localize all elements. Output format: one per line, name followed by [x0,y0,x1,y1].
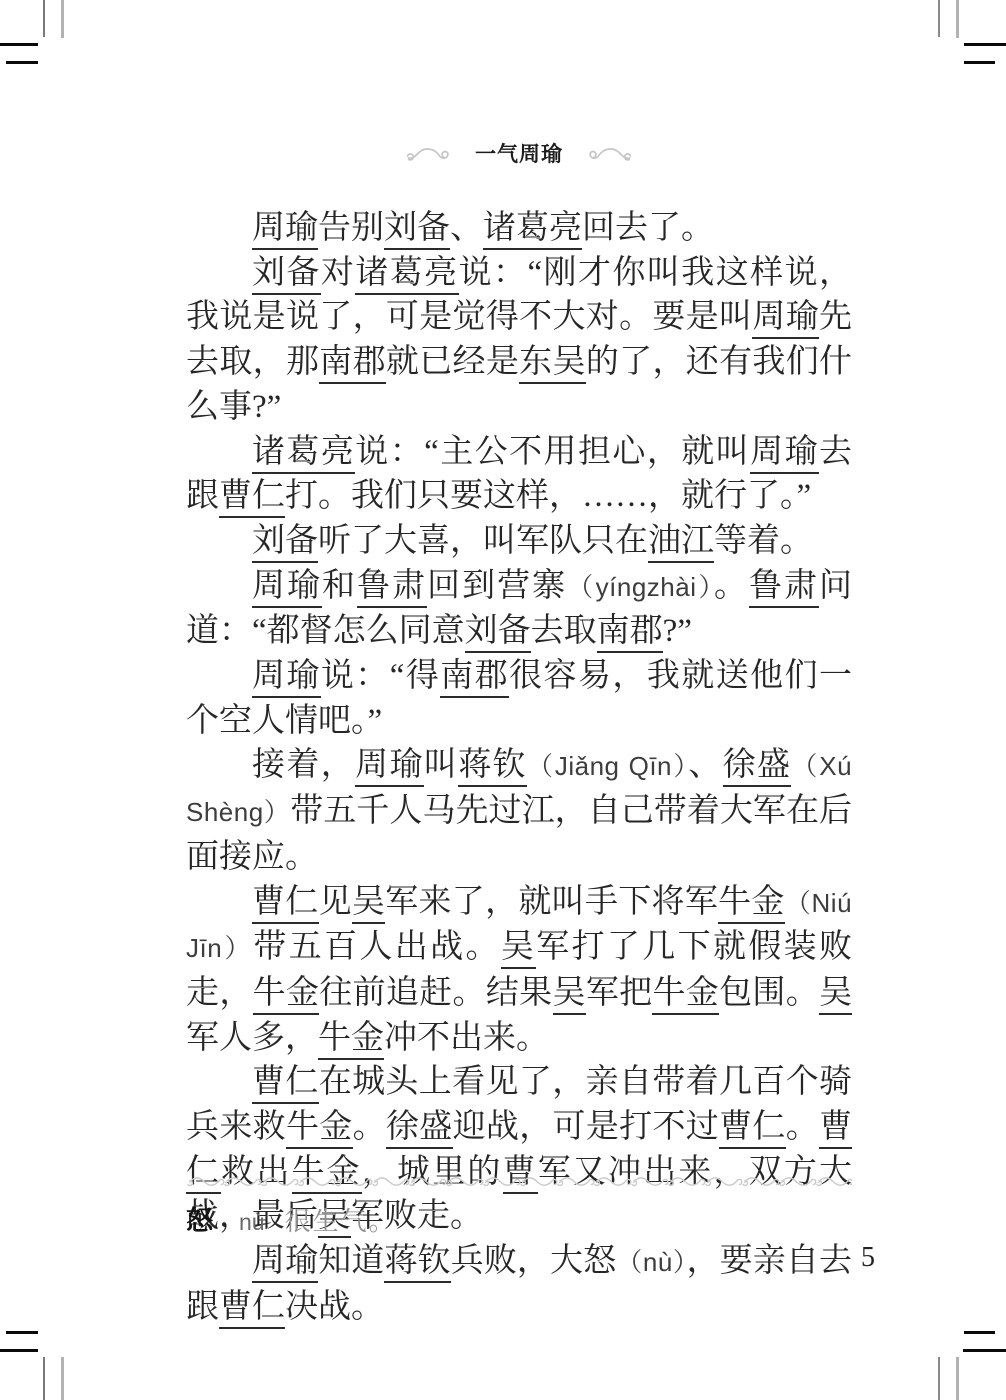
chapter-title: 一气周瑜 [475,138,563,168]
underlined-proper-noun: 周瑜 [752,299,819,339]
text-run: 往前追赶。结果 [319,975,552,1011]
underlined-proper-noun: 周瑜 [252,568,322,608]
paragraph: 周瑜知道蒋钦兵败，大怒（nù），要亲自去跟曹仁决战。 [186,1239,852,1329]
underlined-proper-noun: 曹仁 [219,1289,285,1329]
crop-mark [0,43,38,46]
underlined-proper-noun: 蒋钦 [384,1243,450,1283]
underlined-proper-noun: 曹仁 [252,1064,319,1104]
crop-mark [964,1331,995,1334]
underlined-proper-noun: 南郡 [319,344,386,384]
text-run: 知道 [318,1243,384,1279]
underlined-proper-noun: 油江 [648,523,714,563]
underlined-proper-noun: 牛金 [652,975,719,1015]
underlined-proper-noun: 吴 [501,929,536,969]
text-run: 和 [322,568,357,604]
text-run: 、 [688,747,722,783]
pinyin-annotation: （Jiǎng Qīn） [527,751,688,781]
crop-mark [43,0,45,37]
underlined-proper-noun: 诸葛亮 [355,255,458,295]
underlined-proper-noun: 牛金 [318,1020,384,1060]
paragraph: 诸葛亮说：“主公不用担心，就叫周瑜去跟曹仁打。我们只要这样，……，就行了。” [186,430,852,519]
underlined-proper-noun: 牛金 [253,975,320,1015]
underlined-proper-noun: 鲁肃 [357,568,427,608]
underlined-proper-noun: 诸葛亮 [252,434,355,474]
crop-mark [956,1357,959,1400]
text-run: 包围。 [719,975,819,1011]
glossary-term: 怒 [186,1199,213,1238]
crop-mark [964,43,1006,46]
underlined-proper-noun: 蒋钦 [458,747,527,787]
crop-mark [938,0,940,37]
text-run: 决战。 [285,1289,384,1325]
crop-mark [61,0,64,38]
text-run: ?” [663,613,692,649]
crop-mark [61,1357,64,1400]
paragraph: 刘备听了大喜，叫军队只在油江等着。 [186,519,852,564]
underlined-proper-noun: 东吴 [519,344,586,384]
text-run: 军来了，就叫手下将军 [385,884,718,920]
underlined-proper-noun: 周瑜 [750,434,819,474]
underlined-proper-noun: 刘备 [252,255,321,295]
crop-mark [956,0,959,38]
text-run: 带五百人出战。 [253,929,500,965]
underlined-proper-noun: 诸葛亮 [483,210,582,250]
text-run: 。 [714,568,749,604]
text-run: 回到营寨 [427,568,567,604]
text-run: 去取 [531,613,597,649]
paragraph: 周瑜告别刘备、诸葛亮回去了。 [186,206,852,251]
pinyin-annotation: （yíngzhài） [567,572,714,602]
underlined-proper-noun: 徐盛 [386,1109,453,1149]
crop-mark [6,1331,38,1334]
crop-mark [43,1357,45,1400]
underlined-proper-noun: 刘备 [252,523,318,563]
text-run: 告别 [318,210,384,246]
paragraph: 刘备对诸葛亮说：“刚才你叫我这样说，我说是说了，可是觉得不大对。要是叫周瑜先去取… [186,251,852,430]
body-text: 周瑜告别刘备、诸葛亮回去了。刘备对诸葛亮说：“刚才你叫我这样说，我说是说了，可是… [186,206,852,1330]
book-page: 一气周瑜 周瑜告别刘备、诸葛亮回去了。刘备对诸葛亮说：“刚才你叫我这样说，我说是… [0,0,1006,1400]
crop-mark [963,1349,1006,1352]
text-run: 等着。 [714,523,813,559]
glossary-note: 怒 nù 很生气。 [186,1199,397,1238]
text-run: 。 [353,1109,386,1145]
underlined-proper-noun: 曹仁 [252,884,319,924]
paragraph: 周瑜说：“得南郡很容易，我就送他们一个空人情吧。” [186,654,852,743]
swirl-flourish-icon [585,143,635,163]
scroll-chain-border-icon [186,1173,852,1191]
underlined-proper-noun: 南郡 [440,658,509,698]
text-run: 打。我们只要这样，……，就行了。” [285,478,811,514]
underlined-proper-noun: 徐盛 [723,747,792,787]
page-number: 5 [853,1242,883,1274]
underlined-proper-noun: 周瑜 [252,1243,318,1283]
crop-mark [0,1349,38,1352]
glossary-definition: 很生气。 [285,1201,397,1238]
underlined-proper-noun: 吴 [553,975,586,1015]
text-run: 听了大喜，叫军队只在 [318,523,648,559]
underlined-proper-noun: 周瑜 [355,747,424,787]
underlined-proper-noun: 牛金 [286,1109,353,1149]
crop-mark [6,61,38,64]
underlined-proper-noun: 吴 [819,975,852,1015]
text-run: 。 [786,1109,819,1145]
paragraph: 曹仁见吴军来了，就叫手下将军牛金（Niú Jīn）带五百人出战。吴军打了几下就假… [186,880,852,1061]
crop-mark [938,1357,940,1400]
text-run: 迎战，可是打不过 [453,1109,720,1145]
text-run: 见 [319,884,352,920]
text-run: 对 [321,255,355,291]
underlined-proper-noun: 刘备 [384,210,450,250]
text-run: 冲不出来。 [384,1020,549,1056]
text-run: 说：“主公不用担心，就叫 [355,434,750,470]
text-run: 军把 [586,975,653,1011]
text-run: 接着， [252,747,355,783]
underlined-proper-noun: 曹仁 [219,478,285,518]
text-run: 军人多， [186,1020,318,1056]
paragraph: 接着，周瑜叫蒋钦（Jiǎng Qīn）、徐盛（Xú Shèng）带五千人马先过江… [186,743,852,879]
swirl-flourish-icon [403,143,453,163]
crop-mark [964,61,995,64]
underlined-proper-noun: 曹仁 [719,1109,786,1149]
text-run: 、 [450,210,483,246]
text-run: 兵败，大怒 [451,1243,617,1279]
text-run: 回去了。 [582,210,714,246]
underlined-proper-noun: 鲁肃 [749,568,819,608]
glossary-pinyin: nù [239,1209,265,1236]
running-head: 一气周瑜 [186,139,852,167]
underlined-proper-noun: 刘备 [465,613,531,653]
underlined-proper-noun: 周瑜 [252,210,318,250]
text-run: 就已经是 [386,344,519,380]
underlined-proper-noun: 吴 [352,884,385,924]
underlined-proper-noun: 牛金 [718,884,785,924]
underlined-proper-noun: 周瑜 [252,658,321,698]
underlined-proper-noun: 南郡 [597,613,663,653]
text-run: 叫 [424,747,458,783]
text-run: 说：“得 [321,658,440,694]
pinyin-annotation: （nù） [616,1247,686,1277]
paragraph: 周瑜和鲁肃回到营寨（yíngzhài）。鲁肃问道：“都督怎么同意刘备去取南郡?” [186,564,852,654]
